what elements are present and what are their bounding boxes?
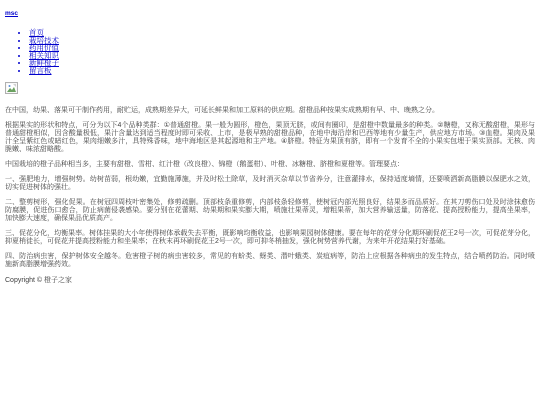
nav-item-medicinal-value: 药用价值	[29, 44, 535, 52]
nav-menu: 首页 栽培技术 药用价值 相关知识 新鲜橙子 留言板	[5, 29, 535, 75]
nav-link-guestbook[interactable]: 留言板	[29, 66, 52, 75]
paragraph-china-varieties: 中国栽培的橙子品种相当多，主要有甜橙、雪柑、红汁橙（改良橙）、锦橙（鹅蛋柑）、叶…	[5, 161, 535, 169]
paragraph-intro: 在中国，幼果、落果可干制作药用，耐贮运，成熟期差异大，可延长鲜果和加工原料的供应…	[5, 107, 535, 115]
page: msc 首页 栽培技术 药用价值 相关知识 新鲜橙子 留言板	[0, 0, 540, 405]
nav-item-guestbook: 留言板	[29, 67, 535, 75]
broken-image-icon	[5, 82, 18, 94]
paragraph-point-3-flowering: 三、促花分化，均衡果率。树体挂果的大小年使得树体承载失去平衡，既影响均衡收益，也…	[5, 230, 535, 246]
top-logo-link[interactable]: msc	[5, 10, 18, 17]
nav-item-fresh-oranges: 新鲜橙子	[29, 59, 535, 67]
nav-item-related-knowledge: 相关知识	[29, 52, 535, 60]
nav-item-cultivation: 栽培技术	[29, 37, 535, 45]
paragraph-point-4-pests: 四、防治病虫害，保护树体安全越冬。危害橙子树的病虫害较多，常见的有蚧类、蚜类、潜…	[5, 253, 535, 269]
article-image-slot	[5, 82, 535, 100]
nav-item-home: 首页	[29, 29, 535, 37]
paragraph-point-2-pruning: 二、整剪树形，强化促果。在树冠四周枝叶密集处，修剪疏删。顶部枝条重修剪，内部枝条…	[5, 199, 535, 223]
copyright: Copyright © 橙子之家	[5, 277, 535, 285]
paragraph-point-1-soil: 一、强肥地力，增强树势。幼树苗弱，根幼嫩，宜勤施薄施，并及时松土除草，及时消灭杂…	[5, 176, 535, 192]
paragraph-variety-groups: 根据果实的形状和特点，可分为以下4个品种类群：①普通甜橙。果一般为圆形，橙色，果…	[5, 122, 535, 154]
